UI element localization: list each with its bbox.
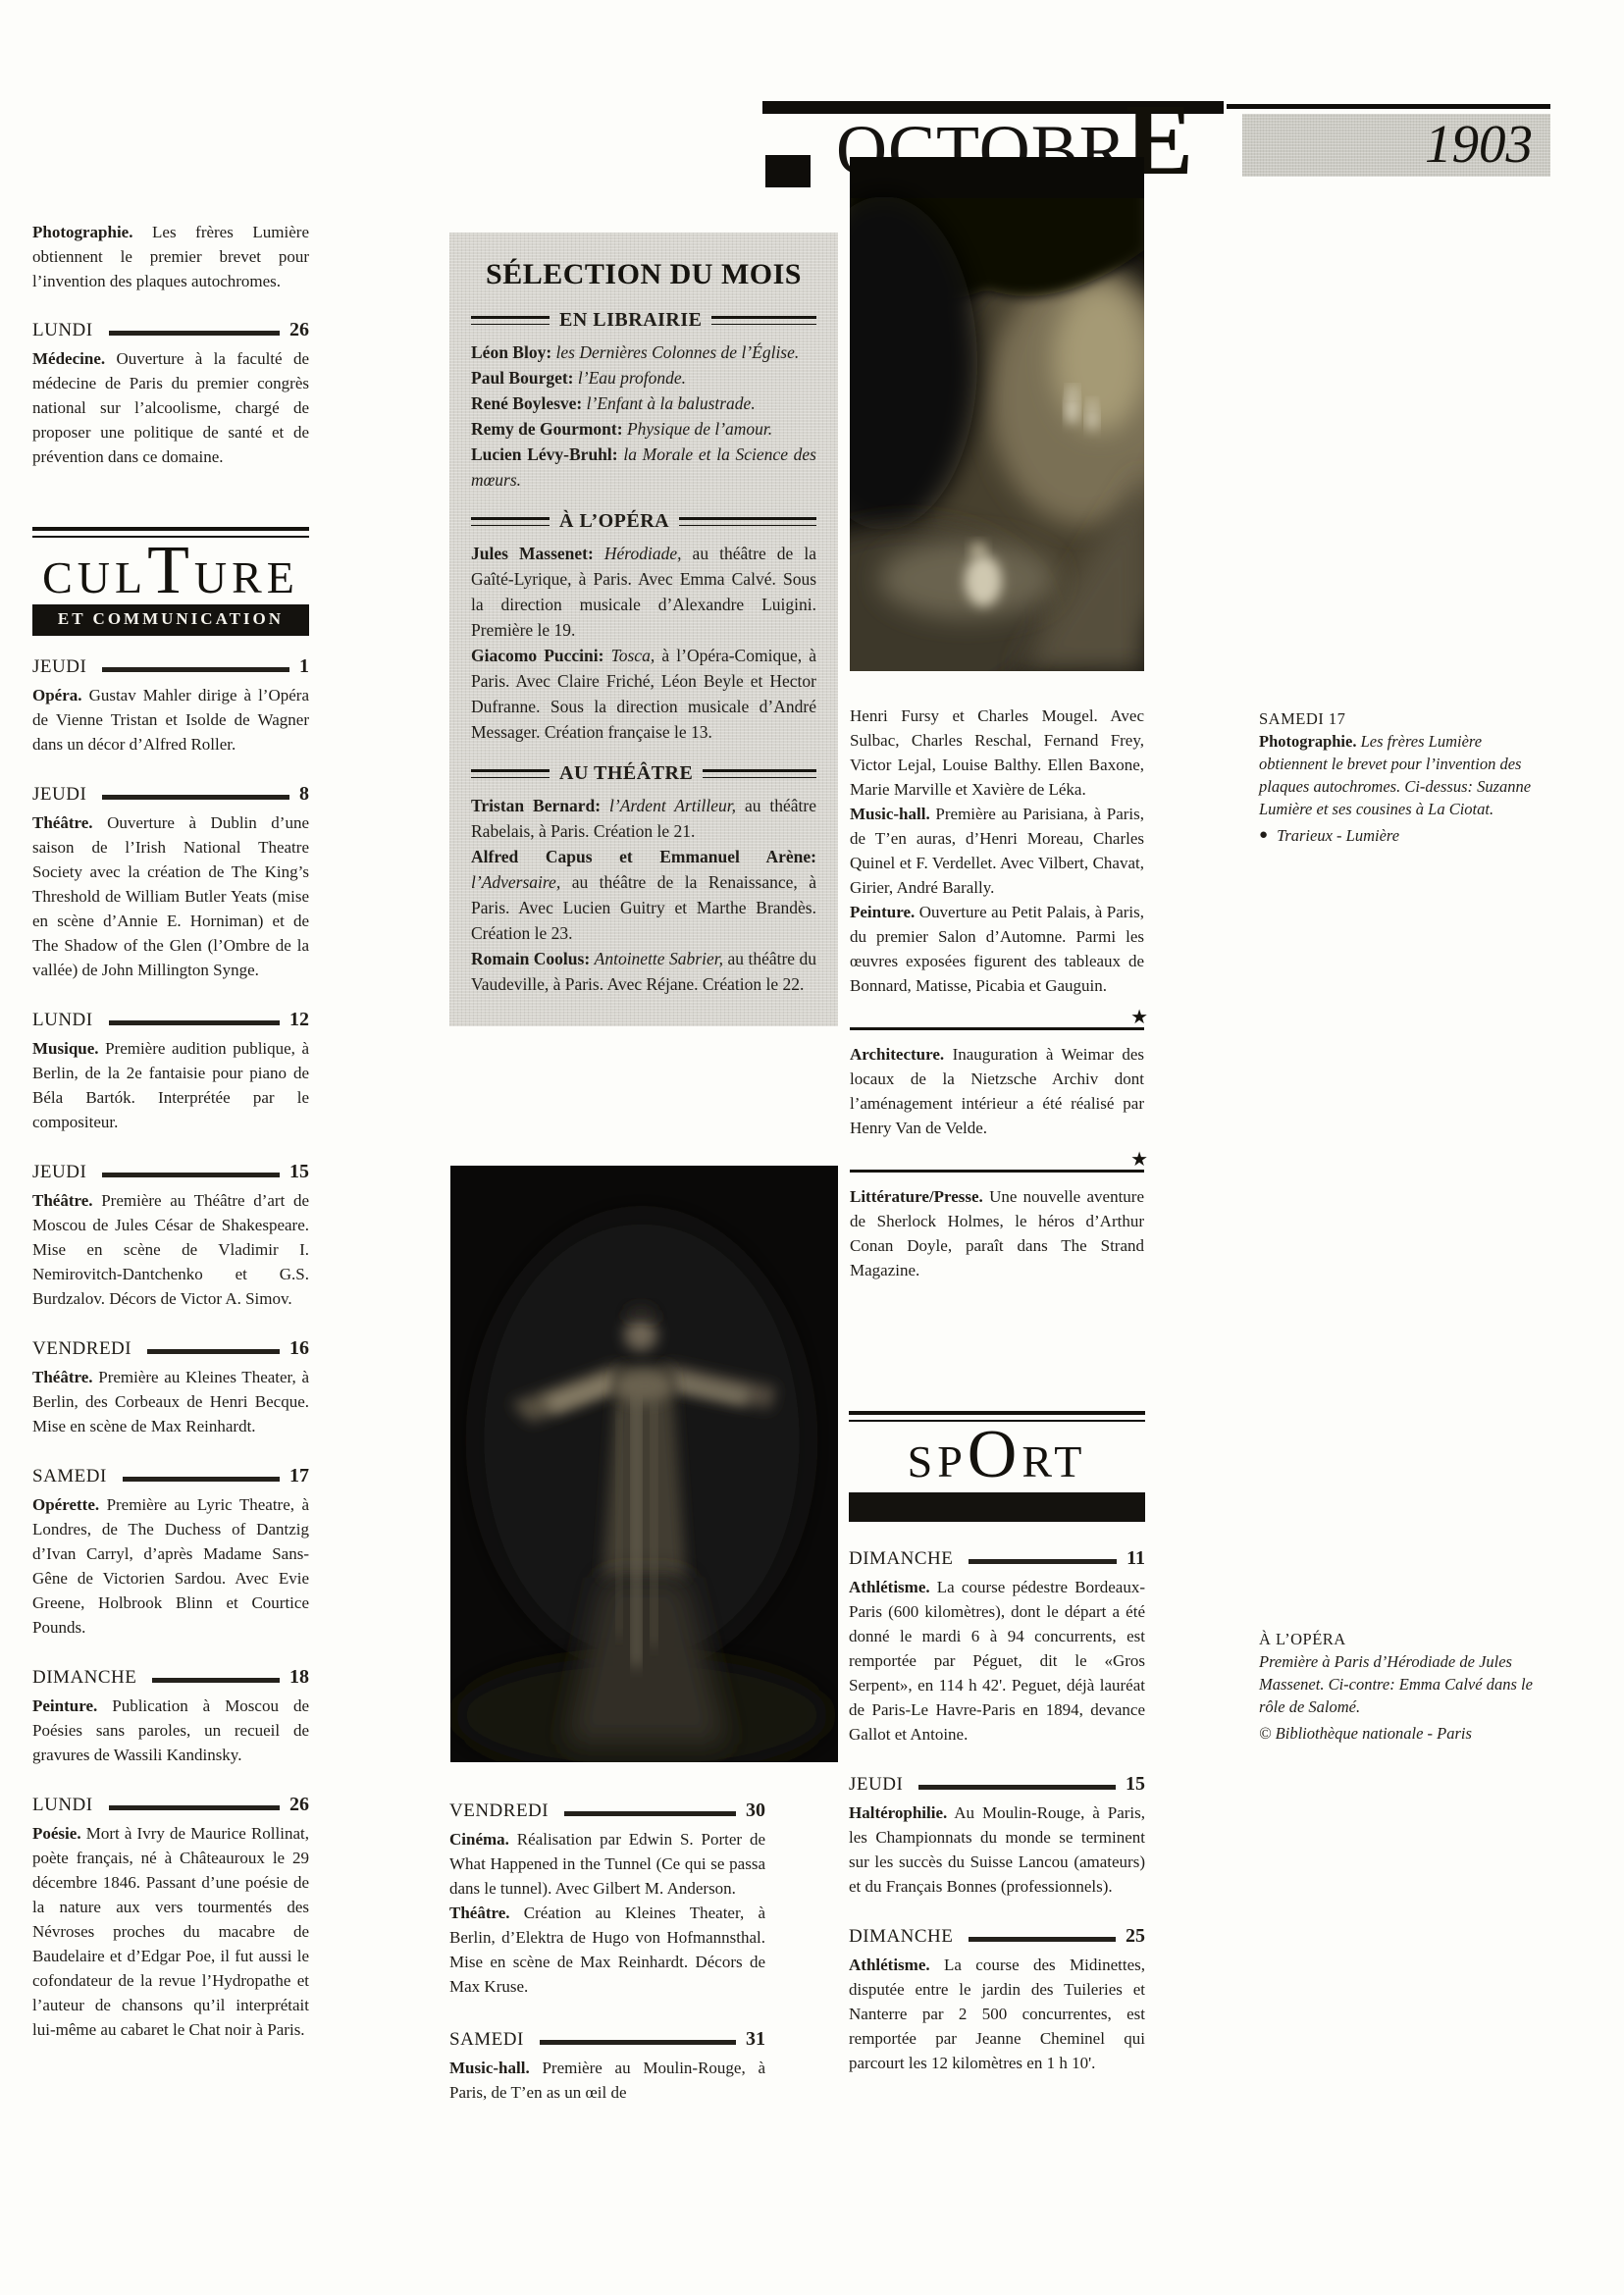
entry-lead: Opérette. [32, 1495, 99, 1514]
item-author: Romain Coolus: [471, 949, 590, 968]
caption-day: SAMEDI 17 [1259, 707, 1551, 730]
entry-lead: Haltérophilie. [849, 1803, 947, 1822]
entry-lead: Théâtre. [32, 813, 93, 832]
photo-emma-calve-salome-image [450, 1166, 838, 1762]
magazine-page: OCTOBR E 1903 Photographie. Les frères L… [0, 0, 1624, 2295]
bullet-icon: ● [1259, 828, 1268, 843]
heading-rule-right [679, 517, 816, 526]
year-box: 1903 [1242, 114, 1550, 177]
sport-title: SPORT [849, 1428, 1145, 1485]
caption-title: À L’OPÉRA [1259, 1628, 1553, 1650]
culture-section-header: CULTURE ET COMMUNICATION [32, 527, 309, 636]
entry-lead: Athlétisme. [849, 1578, 930, 1596]
caption-body: Photographie. Les frères Lumière obtienn… [1259, 730, 1551, 820]
entry-number: 11 [1126, 1547, 1145, 1570]
entry-lead: Music-hall. [850, 805, 930, 823]
entry-number: 12 [289, 1009, 309, 1031]
entry-rule [109, 1805, 280, 1810]
credit-text: © Bibliothèque nationale - Paris [1259, 1722, 1472, 1745]
entry-text: La course pédestre Bordeaux-Paris (600 k… [849, 1578, 1145, 1744]
calendar-entry: JEUDI1 Opéra. Gustav Mahler dirige à l’O… [32, 655, 309, 756]
entry-paragraph: Architecture. Inauguration à Weimar des … [850, 1042, 1144, 1140]
entry-number: 26 [289, 1794, 309, 1816]
selection-heading: EN LIBRAIRIE [471, 309, 816, 332]
calendar-entry: LUNDI 26 Médecine. Ouverture à la facult… [32, 319, 309, 469]
entry-rule [918, 1785, 1116, 1790]
heading-text: À L’OPÉRA [559, 510, 669, 533]
selection-item: Lucien Lévy-Bruhl: la Morale et la Scien… [471, 442, 816, 493]
heading-rule-right [711, 316, 816, 325]
entry-lead: Théâtre. [449, 1904, 510, 1922]
calendar-entry: LUNDI26 Poésie. Mort à Ivry de Maurice R… [32, 1794, 309, 2042]
culture-title-cap: T [147, 533, 194, 608]
entry-number: 17 [289, 1465, 309, 1487]
calendar-entry: SAMEDI31 Music-hall. Première au Moulin-… [449, 2028, 765, 2105]
entry-rule [969, 1937, 1116, 1942]
entry-day: JEUDI [32, 1162, 86, 1183]
entry-lead: Musique. [32, 1039, 99, 1058]
entry-number: 30 [746, 1799, 765, 1822]
paragraph-lead: Photographie. [32, 223, 132, 241]
item-author: René Boylesve: [471, 393, 582, 413]
entry-rule [109, 331, 280, 336]
entry-paragraph: Cinéma. Réalisation par Edwin S. Porter … [449, 1827, 765, 1901]
calendar-entry: DIMANCHE18 Peinture. Publication à Mosco… [32, 1666, 309, 1767]
calendar-entry: JEUDI15 Haltérophilie. Au Moulin-Rouge, … [849, 1773, 1145, 1899]
entry-rule [152, 1678, 280, 1683]
item-work: l’Ardent Artilleur, [609, 796, 736, 815]
selection-item: Romain Coolus: Antoinette Sabrier, au th… [471, 946, 816, 997]
calendar-entry: JEUDI8 Théâtre. Ouverture à Dublin d’une… [32, 783, 309, 982]
selection-item: Giacomo Puccini: Tosca, à l’Opéra-Comiqu… [471, 643, 816, 745]
continuation-paragraph: Henri Fursy et Charles Mougel. Avec Sulb… [850, 704, 1144, 802]
calendar-entry: JEUDI15 Théâtre. Première au Théâtre d’a… [32, 1161, 309, 1311]
entry-lead: Peinture. [32, 1696, 97, 1715]
selection-item: Léon Bloy: les Dernières Colonnes de l’É… [471, 339, 816, 365]
item-work: l’Eau profonde. [578, 368, 686, 388]
entry-rule [102, 667, 289, 672]
caption-lead: Photographie. [1259, 732, 1356, 751]
entry-lead: Littérature/Presse. [850, 1187, 983, 1206]
entry-paragraph: Peinture. Ouverture au Petit Palais, à P… [850, 900, 1144, 998]
culture-banner: ET COMMUNICATION [32, 604, 309, 636]
entry-number: 8 [299, 783, 309, 806]
item-author: Léon Bloy: [471, 342, 551, 362]
photo-la-ciotat-image [850, 157, 1144, 671]
item-author: Lucien Lévy-Bruhl: [471, 444, 618, 464]
intro-paragraph: Photographie. Les frères Lumière obtienn… [32, 220, 309, 293]
photo-emma-calve-salome [450, 1166, 838, 1762]
entry-lead: Théâtre. [32, 1368, 93, 1386]
entry-day: SAMEDI [32, 1466, 107, 1487]
calendar-entry: VENDREDI16 Théâtre. Première au Kleines … [32, 1337, 309, 1438]
entry-number: 15 [289, 1161, 309, 1183]
sport-section: SPORT DIMANCHE11 Athlétisme. La course p… [849, 1411, 1145, 2102]
culture-title-post: URE [194, 552, 299, 602]
sport-title-post: RT [1022, 1436, 1086, 1487]
item-work: Hérodiade, [604, 544, 682, 563]
entry-day: DIMANCHE [32, 1667, 136, 1689]
item-author: Jules Massenet: [471, 544, 594, 563]
item-work: les Dernières Colonnes de l’Église. [556, 342, 800, 362]
entry-lead: Music-hall. [449, 2059, 530, 2077]
photo-la-ciotat [850, 157, 1144, 671]
selection-item: Jules Massenet: Hérodiade, au théâtre de… [471, 541, 816, 643]
entry-rule [123, 1477, 280, 1482]
caption-text: Première à Paris d’Hérodiade de Jules Ma… [1259, 1650, 1553, 1718]
starred-rule: ★ [850, 1170, 1144, 1173]
entry-lead: Architecture. [850, 1045, 944, 1064]
photo-caption-la-ciotat: SAMEDI 17 Photographie. Les frères Lumiè… [1259, 707, 1551, 847]
heading-rule-right [703, 769, 816, 778]
selection-item: René Boylesve: l’Enfant à la balustrade. [471, 391, 816, 416]
calendar-entry: VENDREDI30 Cinéma. Réalisation par Edwin… [449, 1799, 765, 1999]
entry-day: DIMANCHE [849, 1548, 953, 1570]
entry-text: Première au Lyric Theatre, à Londres, de… [32, 1495, 309, 1637]
entry-day-row: LUNDI 26 [32, 319, 309, 341]
entry-text: Ouverture à Dublin d’une saison de l’Iri… [32, 813, 309, 979]
entry-paragraph: Music-hall. Première au Moulin-Rouge, à … [449, 2056, 765, 2105]
entry-day: DIMANCHE [849, 1926, 953, 1948]
item-author: Tristan Bernard: [471, 796, 601, 815]
entry-number: 16 [289, 1337, 309, 1360]
heading-rule-left [471, 769, 550, 778]
square-marker-icon [765, 155, 811, 187]
sport-black-bar [849, 1492, 1145, 1522]
entry-paragraph: Théâtre. Création au Kleines Theater, à … [449, 1901, 765, 1999]
left-column-top: Photographie. Les frères Lumière obtienn… [32, 220, 309, 496]
item-work: Physique de l’amour. [627, 419, 772, 439]
entry-day: LUNDI [32, 320, 93, 341]
entry-paragraph: Médecine. Ouverture à la faculté de méde… [32, 346, 309, 469]
entry-lead: Poésie. [32, 1824, 81, 1843]
item-author: Giacomo Puccini: [471, 646, 603, 665]
entry-day: LUNDI [32, 1795, 93, 1816]
culture-title-pre: CUL [42, 552, 147, 602]
caption-credit: ● Trarieux - Lumière [1259, 824, 1551, 847]
item-work: Tosca, [611, 646, 655, 665]
entry-rule [102, 795, 289, 800]
sport-title-cap: O [968, 1417, 1022, 1492]
heading-text: AU THÉÂTRE [559, 762, 693, 785]
item-author: Paul Bourget: [471, 368, 574, 388]
credit-text: Trarieux - Lumière [1277, 824, 1399, 847]
calendar-entry: DIMANCHE11 Athlétisme. La course pédestr… [849, 1547, 1145, 1747]
entry-day: VENDREDI [32, 1338, 131, 1360]
selection-heading: À L’OPÉRA [471, 510, 816, 533]
entry-text: Mort à Ivry de Maurice Rollinat, poète f… [32, 1824, 309, 2039]
selection-heading: AU THÉÂTRE [471, 762, 816, 785]
entry-rule [102, 1173, 280, 1177]
entry-number: 31 [746, 2028, 765, 2051]
selection-item: Paul Bourget: l’Eau profonde. [471, 365, 816, 391]
item-author: Alfred Capus et Emmanuel Arène: [471, 847, 816, 866]
entry-lead: Athlétisme. [849, 1956, 930, 1974]
left-column-entries: JEUDI1 Opéra. Gustav Mahler dirige à l’O… [32, 655, 309, 2068]
entry-lead: Peinture. [850, 903, 915, 921]
entry-rule [147, 1349, 280, 1354]
year-label: 1903 [1242, 114, 1550, 175]
sport-title-pre: SP [908, 1436, 968, 1487]
right-column-text: Henri Fursy et Charles Mougel. Avec Sulb… [850, 704, 1144, 1282]
calendar-entry: LUNDI12 Musique. Première audition publi… [32, 1009, 309, 1134]
calendar-entry: SAMEDI17 Opérette. Première au Lyric The… [32, 1465, 309, 1640]
star-icon: ★ [1130, 1005, 1148, 1029]
entry-lead: Médecine. [32, 349, 105, 368]
entry-day: VENDREDI [449, 1800, 549, 1822]
entry-paragraph: Music-hall. Première au Parisiana, à Par… [850, 802, 1144, 900]
entry-lead: Opéra. [32, 686, 82, 704]
caption-credit: © Bibliothèque nationale - Paris [1259, 1722, 1553, 1745]
entry-rule [969, 1559, 1117, 1564]
heading-text: EN LIBRAIRIE [559, 309, 702, 332]
item-work: Antoinette Sabrier, [595, 949, 723, 968]
calendar-entry: DIMANCHE25 Athlétisme. La course des Mid… [849, 1925, 1145, 2075]
sport-section-header: SPORT [849, 1411, 1145, 1522]
star-icon: ★ [1130, 1147, 1148, 1172]
entry-paragraph: Littérature/Presse. Une nouvelle aventur… [850, 1184, 1144, 1282]
entry-rule [109, 1020, 280, 1025]
item-author: Remy de Gourmont: [471, 419, 623, 439]
entry-rule [564, 1811, 736, 1816]
selection-item: Tristan Bernard: l’Ardent Artilleur, au … [471, 793, 816, 844]
entry-day: JEUDI [32, 784, 86, 806]
starred-rule: ★ [850, 1027, 1144, 1030]
entry-rule [540, 2040, 736, 2045]
selection-title: SÉLECTION DU MOIS [471, 258, 816, 291]
item-work: l’Adversaire, [471, 872, 560, 892]
selection-du-mois-box: SÉLECTION DU MOIS EN LIBRAIRIE Léon Bloy… [449, 233, 838, 1026]
culture-title: CULTURE [32, 544, 309, 600]
entry-day: JEUDI [32, 656, 86, 678]
heading-rule-left [471, 517, 550, 526]
heading-rule-left [471, 316, 550, 325]
photo-caption-opera: À L’OPÉRA Première à Paris d’Hérodiade d… [1259, 1628, 1553, 1745]
entry-number: 26 [289, 319, 309, 341]
entry-number: 15 [1126, 1773, 1145, 1796]
item-work: l’Enfant à la balustrade. [587, 393, 756, 413]
selection-item: Remy de Gourmont: Physique de l’amour. [471, 416, 816, 442]
middle-column-bottom: VENDREDI30 Cinéma. Réalisation par Edwin… [449, 1799, 765, 2131]
entry-day: JEUDI [849, 1774, 903, 1796]
entry-lead: Cinéma. [449, 1830, 509, 1849]
entry-day: LUNDI [32, 1010, 93, 1031]
entry-lead: Théâtre. [32, 1191, 93, 1210]
entry-number: 18 [289, 1666, 309, 1689]
selection-item: Alfred Capus et Emmanuel Arène: l’Advers… [471, 844, 816, 946]
entry-number: 25 [1126, 1925, 1145, 1948]
entry-day: SAMEDI [449, 2029, 524, 2051]
entry-number: 1 [299, 655, 309, 678]
masthead-thin-rule [1227, 104, 1550, 109]
